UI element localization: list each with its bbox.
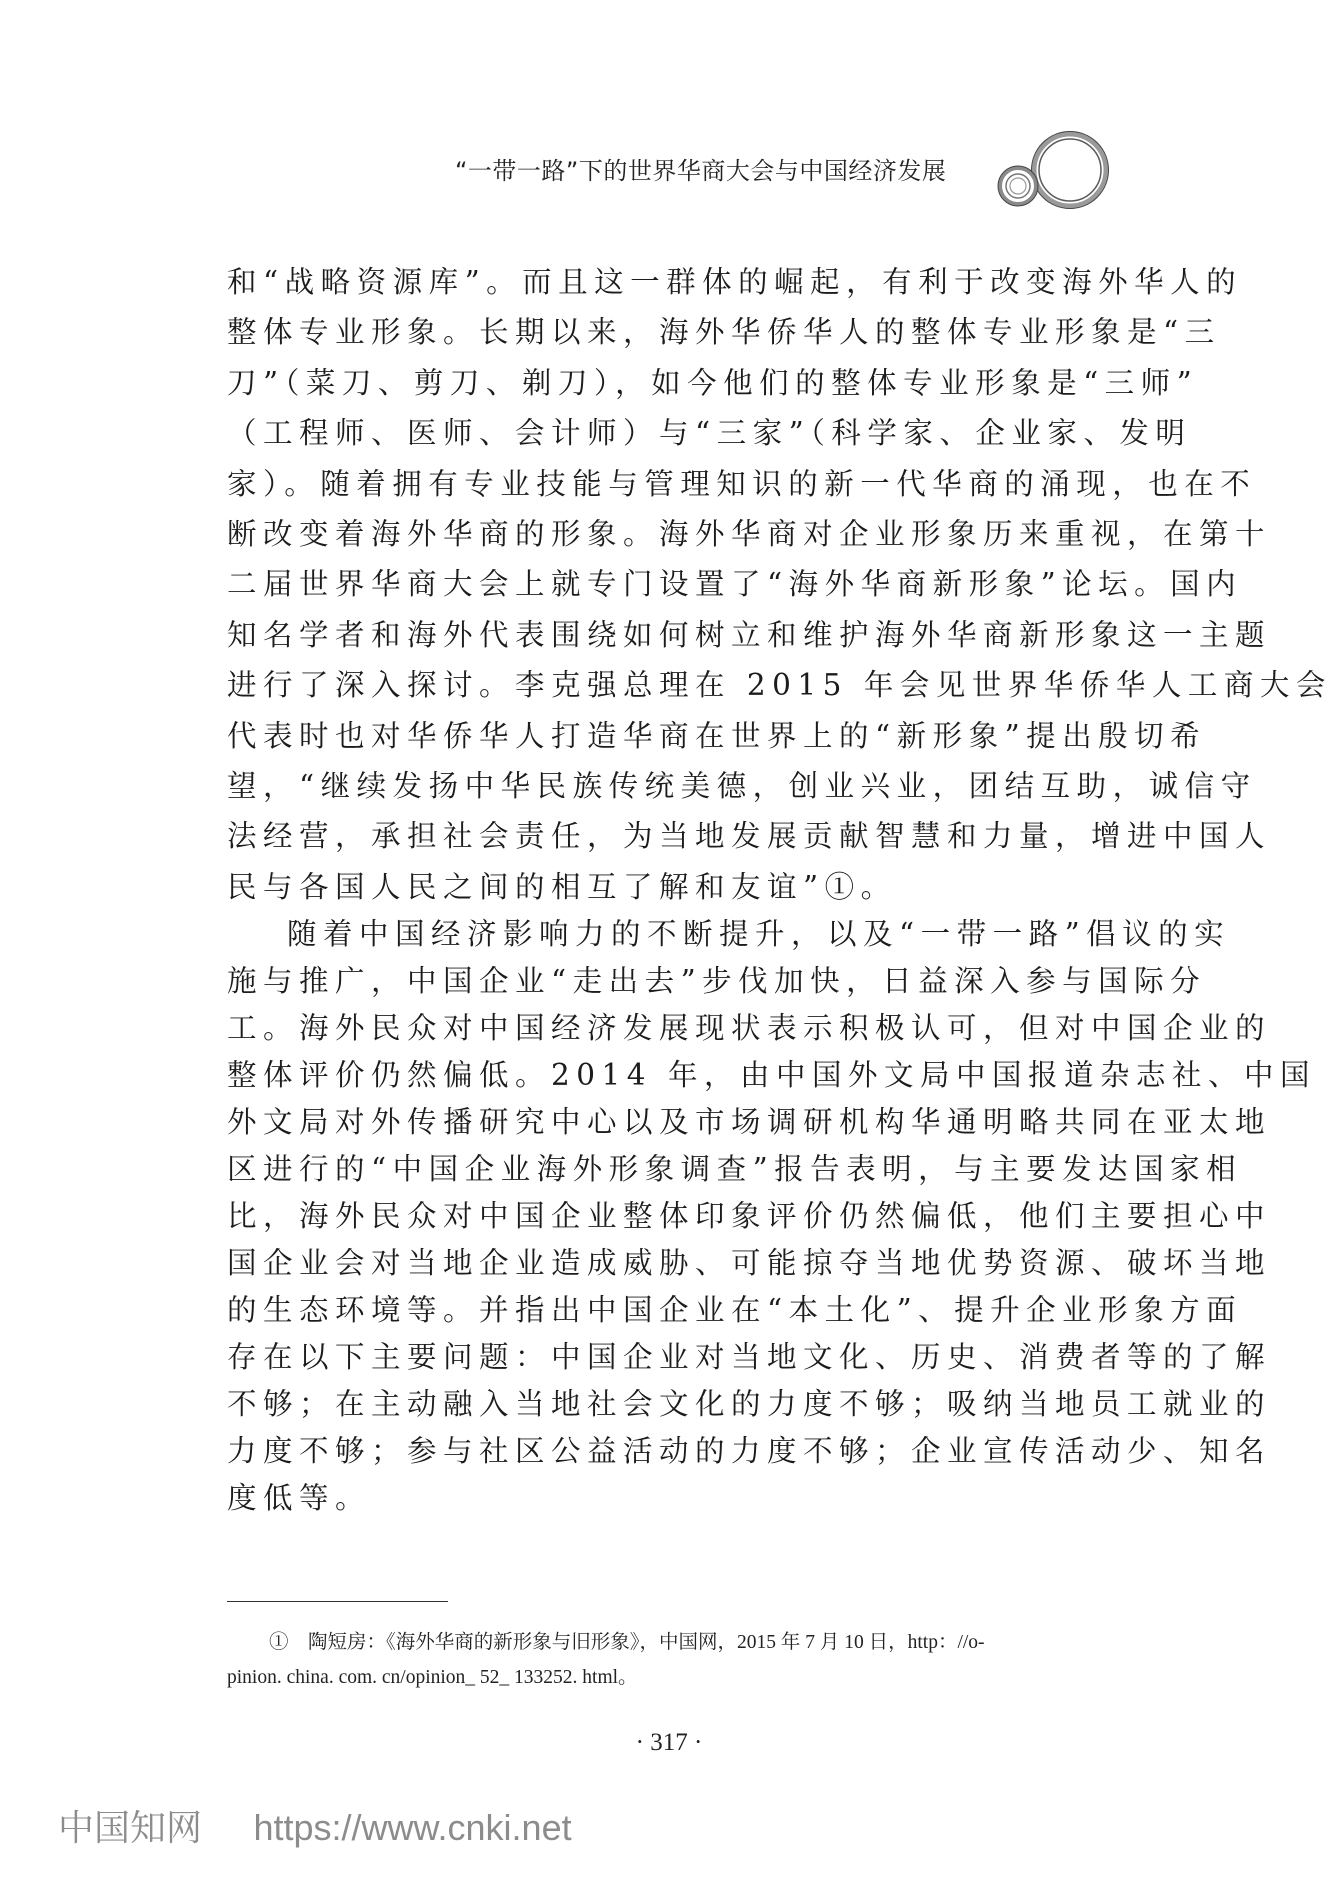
text-line: 整体评价仍然偏低。2014 年，由中国外文局中国报道杂志社、中国 xyxy=(227,1052,1316,1099)
cnki-watermark: 中国知网 https://www.cnki.net xyxy=(58,1808,572,1849)
page-number: · 317 · xyxy=(0,1728,1338,1758)
text-line: 望，“继续发扬中华民族传统美德，创业兴业，团结互助，诚信守 xyxy=(227,761,1332,811)
text-line: 工。海外民众对中国经济发展现状表示积极认可，但对中国企业的 xyxy=(227,1005,1316,1052)
text-line: 整体专业形象。长期以来，海外华侨华人的整体专业形象是“三 xyxy=(227,307,1332,357)
text-line: 随着中国经济影响力的不断提升，以及“一带一路”倡议的实 xyxy=(227,911,1316,958)
footnote-separator xyxy=(227,1601,448,1602)
text-line: 断改变着海外华商的形象。海外华商对企业形象历来重视，在第十 xyxy=(227,509,1332,559)
text-line: 区进行的“中国企业海外形象调查”报告表明，与主要发达国家相 xyxy=(227,1146,1316,1193)
paragraph-1: 和“战略资源库”。而且这一群体的崛起，有利于改变海外华人的 整体专业形象。长期以… xyxy=(227,257,1332,912)
text-line: 外文局对外传播研究中心以及市场调研机构华通明略共同在亚太地 xyxy=(227,1099,1316,1146)
text-line: 存在以下主要问题：中国企业对当地文化、历史、消费者等的了解 xyxy=(227,1334,1316,1381)
text-line: （工程师、医师、会计师）与“三家”（科学家、企业家、发明 xyxy=(227,408,1332,458)
text-line: 知名学者和海外代表围绕如何树立和维护海外华商新形象这一主题 xyxy=(227,610,1332,660)
text-line: 度低等。 xyxy=(227,1475,1316,1522)
footnote-line-1: ① 陶短房：《海外华商的新形象与旧形象》，中国网，2015 年 7 月 10 日… xyxy=(269,1628,985,1658)
text-line: 刀”（菜刀、剪刀、剃刀），如今他们的整体专业形象是“三师” xyxy=(227,358,1332,408)
double-ring-circles-icon xyxy=(995,128,1115,218)
text-line: 法经营，承担社会责任，为当地发展贡献智慧和力量，增进中国人 xyxy=(227,811,1332,861)
text-line: 进行了深入探讨。李克强总理在 2015 年会见世界华侨华人工商大会 xyxy=(227,660,1332,710)
text-line: 的生态环境等。并指出中国企业在“本土化”、提升企业形象方面 xyxy=(227,1287,1316,1334)
text-line: 施与推广，中国企业“走出去”步伐加快，日益深入参与国际分 xyxy=(227,958,1316,1005)
text-line: 国企业会对当地企业造成威胁、可能掠夺当地优势资源、破坏当地 xyxy=(227,1240,1316,1287)
footnote-line-2: pinion. china. com. cn/opinion_ 52_ 1332… xyxy=(227,1663,638,1693)
text-line: 和“战略资源库”。而且这一群体的崛起，有利于改变海外华人的 xyxy=(227,257,1332,307)
text-line: 家）。随着拥有专业技能与管理知识的新一代华商的涌现，也在不 xyxy=(227,459,1332,509)
text-line: 力度不够；参与社区公益活动的力度不够；企业宣传活动少、知名 xyxy=(227,1428,1316,1475)
text-line: 二届世界华商大会上就专门设置了“海外华商新形象”论坛。国内 xyxy=(227,559,1332,609)
text-line: 代表时也对华侨华人打造华商在世界上的“新形象”提出殷切希 xyxy=(227,711,1332,761)
text-line: 不够；在主动融入当地社会文化的力度不够；吸纳当地员工就业的 xyxy=(227,1381,1316,1428)
running-head-title: “一带一路”下的世界华商大会与中国经济发展 xyxy=(455,155,946,187)
watermark-url: https://www.cnki.net xyxy=(253,1807,571,1848)
text-line: 比，海外民众对中国企业整体印象评价仍然偏低，他们主要担心中 xyxy=(227,1193,1316,1240)
paragraph-2: 随着中国经济影响力的不断提升，以及“一带一路”倡议的实 施与推广，中国企业“走出… xyxy=(227,911,1316,1522)
text-line: 民与各国人民之间的相互了解和友谊”①。 xyxy=(227,862,1332,912)
watermark-brand: 中国知网 xyxy=(58,1808,202,1849)
